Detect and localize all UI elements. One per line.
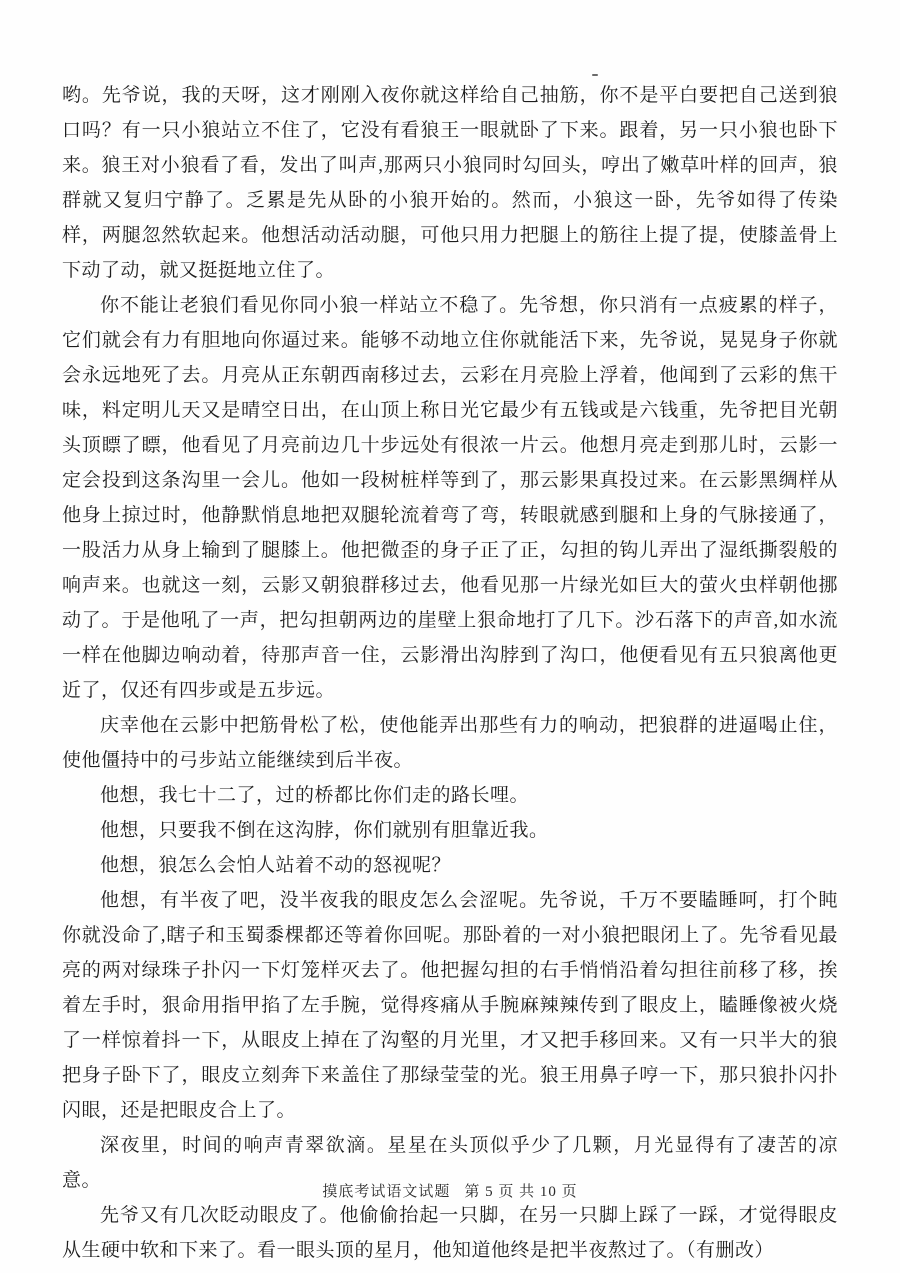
reading-passage: 哟。先爷说，我的天呀，这才刚刚入夜你就这样给自己抽筋，你不是平白要把自己送到狼口…	[62, 78, 838, 1268]
scan-artifact-mark	[592, 74, 598, 76]
footer-page-info: 第 5 页 共 10 页	[464, 1184, 577, 1200]
passage-paragraph: 先爷又有几次眨动眼皮了。他偷偷抬起一只脚，在另一只脚上踩了一踩，才觉得眼皮从生硬…	[62, 1198, 838, 1268]
passage-paragraph: 他想，狼怎么会怕人站着不动的怒视呢？	[62, 848, 838, 883]
passage-paragraph: 庆幸他在云影中把筋骨松了松，使他能弄出那些有力的响动，把狼群的进逼喝止住，使他僵…	[62, 708, 838, 778]
document-page: 哟。先爷说，我的天呀，这才刚刚入夜你就这样给自己抽筋，你不是平白要把自己送到狼口…	[0, 0, 900, 1273]
passage-paragraph: 他想，我七十二了，过的桥都比你们走的路长哩。	[62, 778, 838, 813]
passage-paragraph: 他想，有半夜了吧，没半夜我的眼皮怎么会涩呢。先爷说，千万不要瞌睡呵，打个盹你就没…	[62, 883, 838, 1128]
passage-paragraph: 哟。先爷说，我的天呀，这才刚刚入夜你就这样给自己抽筋，你不是平白要把自己送到狼口…	[62, 78, 838, 288]
footer-doc-title: 摸底考试语文试题	[322, 1184, 450, 1200]
page-footer: 摸底考试语文试题第 5 页 共 10 页	[0, 1180, 900, 1201]
passage-paragraph: 他想，只要我不倒在这沟脖，你们就别有胆靠近我。	[62, 813, 838, 848]
passage-paragraph: 你不能让老狼们看见你同小狼一样站立不稳了。先爷想，你只消有一点疲累的样子，它们就…	[62, 288, 838, 708]
